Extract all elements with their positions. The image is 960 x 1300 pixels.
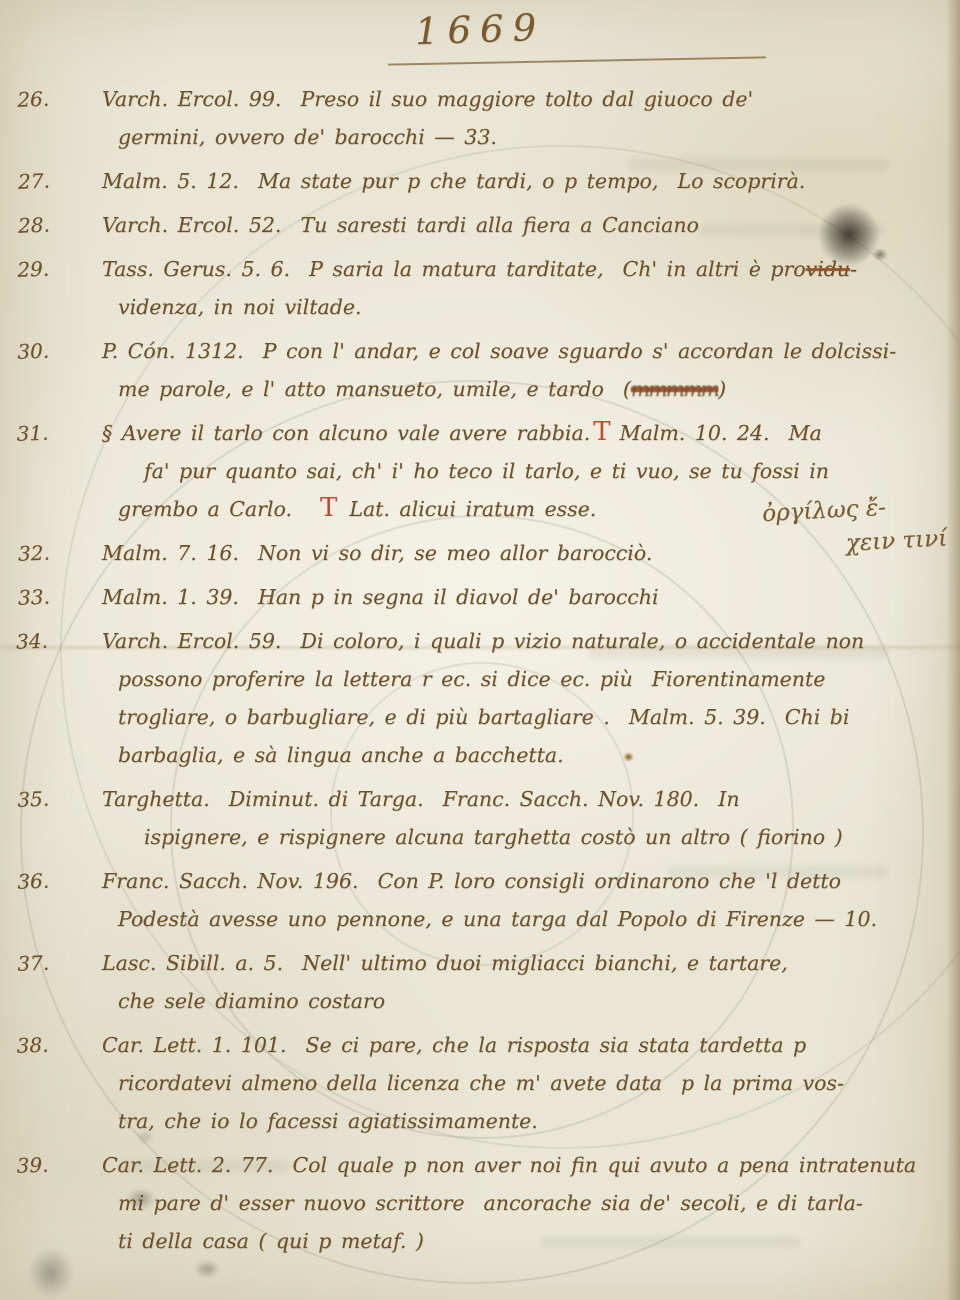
entry-line: Malm. 1. 39. Han p in segna il diavol de… — [102, 578, 944, 616]
entry-line: videnza, in noi viltade. — [118, 288, 944, 326]
entry-number: 35. — [0, 779, 77, 858]
line-text: Malm. 10. 24. Ma — [620, 421, 822, 445]
greek-line: χειν τινί — [845, 521, 960, 561]
entry-line: trogliare, o barbugliare, e di più barta… — [118, 698, 944, 736]
entry-line: mi pare d' esser nuovo scrittore ancorac… — [118, 1184, 944, 1222]
line-text: ) — [718, 377, 726, 401]
entry-number: 29. — [0, 249, 77, 328]
entry-line: Varch. Ercol. 59. Di coloro, i quali p v… — [102, 622, 944, 660]
entry-line: germini, ovvero de' barocchi — 33. — [118, 118, 944, 156]
manuscript-page: 1669 26. Varch. Ercol. 99. Preso il suo … — [0, 0, 960, 1300]
entry-line: che sele diamino costaro — [118, 982, 944, 1020]
entry-list: 26. Varch. Ercol. 99. Preso il suo maggi… — [0, 80, 960, 1266]
entry-line: Car. Lett. 1. 101. Se ci pare, che la ri… — [102, 1026, 944, 1064]
entry-28: 28. Varch. Ercol. 52. Tu saresti tardi a… — [0, 206, 960, 244]
entry-number: 30. — [0, 331, 77, 410]
entry-number: 38. — [0, 1025, 78, 1142]
entry-number: 32. — [0, 533, 77, 574]
line-text: me parole, e l' atto mansueto, umile, e … — [118, 377, 631, 401]
entry-line: Targhetta. Diminut. di Targa. Franc. Sac… — [102, 780, 944, 818]
entry-line: tra, che io lo facessi agiatissimamente. — [118, 1102, 944, 1140]
entry-number: 27. — [0, 161, 77, 202]
entry-number: 31. — [0, 413, 78, 530]
entry-line: Tass. Gerus. 5. 6. P saria la matura tar… — [102, 250, 944, 288]
entry-27: 27. Malm. 5. 12. Ma state pur p che tard… — [0, 162, 960, 200]
entry-line: me parole, e l' atto mansueto, umile, e … — [118, 370, 944, 408]
line-text: Tass. Gerus. 5. 6. P saria la matura tar… — [102, 257, 806, 281]
entry-line: Car. Lett. 2. 77. Col quale p non aver n… — [102, 1146, 944, 1184]
page-edge-shadow — [946, 0, 960, 1300]
entry-number: 36. — [0, 861, 77, 940]
entry-35: 35. Targhetta. Diminut. di Targa. Franc.… — [0, 780, 960, 856]
entry-33: 33. Malm. 1. 39. Han p in segna il diavo… — [0, 578, 960, 616]
entry-30: 30. P. Cón. 1312. P con l' andar, e col … — [0, 332, 960, 408]
ink-blot — [872, 248, 888, 261]
entry-number: 26. — [0, 79, 77, 158]
entry-line: ispignere, e rispignere alcuna targhetta… — [144, 818, 944, 856]
entry-line: barbaglia, e sà lingua anche a bacchetta… — [118, 736, 944, 774]
red-collation-mark: T — [320, 493, 337, 523]
entry-line: § Avere il tarlo con alcuno vale avere r… — [102, 414, 944, 452]
entry-line: P. Cón. 1312. P con l' andar, e col soav… — [102, 332, 944, 370]
entry-line: Franc. Sacch. Nov. 196. Con P. loro cons… — [102, 862, 944, 900]
ink-spot — [623, 752, 634, 762]
entry-34: 34. Varch. Ercol. 59. Di coloro, i quali… — [0, 622, 960, 774]
entry-26: 26. Varch. Ercol. 99. Preso il suo maggi… — [0, 80, 960, 156]
entry-number: 28. — [0, 205, 77, 246]
entry-number: 33. — [0, 577, 77, 618]
line-text: Lat. alicui iratum esse. — [349, 497, 596, 521]
entry-line: Malm. 5. 12. Ma state pur p che tardi, o… — [102, 162, 944, 200]
greek-line: ὀργίλως ἔ- — [762, 495, 887, 527]
entry-line: fa' pur quanto sai, ch' i' ho teco il ta… — [144, 452, 944, 490]
entry-line: possono proferire la lettera r ec. si di… — [118, 660, 944, 698]
smudge-mark — [194, 1260, 220, 1278]
entry-29: 29. Tass. Gerus. 5. 6. P saria la matura… — [0, 250, 960, 326]
entry-line: ti della casa ( qui p metaf. ) — [118, 1222, 944, 1260]
entry-number: 34. — [0, 621, 79, 776]
scribbled-out-word: mmmmm — [631, 377, 718, 401]
page-title-year: 1669 — [329, 3, 630, 56]
entry-line: Varch. Ercol. 99. Preso il suo maggiore … — [102, 80, 944, 118]
greek-marginal-note: ὀργίλως ἔ- χειν τινί — [761, 487, 959, 565]
entry-line: ricordatevi almeno della licenza che m' … — [118, 1064, 944, 1102]
smudge-mark — [126, 1188, 156, 1210]
title-underline-stroke — [388, 56, 766, 65]
entry-line: Lasc. Sibill. a. 5. Nell' ultimo duoi mi… — [102, 944, 944, 982]
entry-37: 37. Lasc. Sibill. a. 5. Nell' ultimo duo… — [0, 944, 960, 1020]
entry-number: 37. — [0, 943, 77, 1022]
smudge-mark — [136, 1130, 154, 1144]
entry-number: 39. — [0, 1145, 78, 1262]
red-collation-mark: T — [593, 417, 610, 447]
line-text: § Avere il tarlo con alcuno vale avere r… — [102, 421, 590, 445]
line-text: grembo a Carlo. — [118, 497, 292, 521]
entry-38: 38. Car. Lett. 1. 101. Se ci pare, che l… — [0, 1026, 960, 1140]
entry-36: 36. Franc. Sacch. Nov. 196. Con P. loro … — [0, 862, 960, 938]
entry-line: Podestà avesse uno pennone, e una targa … — [118, 900, 944, 938]
smudge-mark — [28, 1248, 74, 1298]
